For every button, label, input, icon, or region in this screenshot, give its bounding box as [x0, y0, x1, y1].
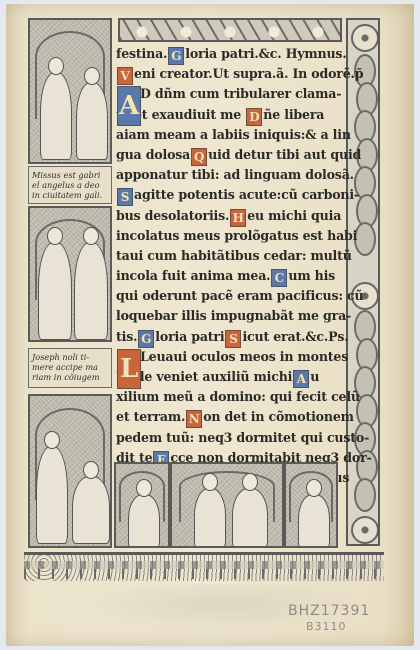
rubricated-initial: S	[117, 188, 133, 206]
top-floral-border	[118, 18, 342, 42]
text-segment: eu michi quia	[247, 208, 341, 223]
figure-angel	[76, 82, 108, 160]
bottom-foliage-frieze	[24, 552, 384, 581]
text-line: apponatur tibi: ad linguam dolosã.	[116, 165, 344, 185]
rubricated-initial: C	[271, 269, 287, 287]
woodcut-bottom-right	[284, 462, 338, 548]
woodcut-bottom-left	[114, 462, 170, 548]
rosette-icon	[351, 516, 379, 544]
text-segment: qui oderunt pacẽ eram pacificus: cũ	[116, 288, 363, 303]
woodcut-joseph-mary	[28, 206, 112, 342]
text-segment: apponatur tibi: ad linguam dolosã.	[116, 167, 354, 182]
text-line: Veni creator.Ut supra.ã. In odorẽ.p̄	[116, 64, 344, 84]
text-segment: loria patri	[155, 329, 224, 344]
text-segment: um his	[288, 268, 335, 283]
text-line: Unde veniet auxiliũ michiAu	[116, 367, 344, 387]
text-segment: aiam meam a labiis iniquis:& a lin	[116, 127, 351, 142]
text-line: pedem tuũ: neq3 dormitet qui custo-	[116, 428, 344, 448]
text-line: ui:et exaudiuit me Dñe libera	[116, 105, 344, 125]
text-segment: taui cum habitãtibus cedar: multũ	[116, 248, 352, 263]
text-segment: incolatus meus prolõgatus est habi	[116, 228, 357, 243]
woodcut-annunciation	[28, 18, 112, 164]
text-segment: gua dolosa	[116, 147, 190, 162]
rubricated-initial: Q	[191, 148, 207, 166]
text-segment: loquebar illis impugnabãt me gra-	[116, 308, 351, 323]
text-line: incolatus meus prolõgatus est habi	[116, 226, 344, 246]
text-segment: Unde veniet auxiliũ michi	[116, 369, 292, 384]
caption-joseph: Joseph noli ti- mere accipe ma riam in c…	[28, 348, 112, 388]
text-line: gua dolosaQuid detur tibi aut quid	[116, 145, 344, 165]
twist-ornament	[354, 478, 376, 512]
text-segment: eni creator.Ut supra.ã. In odorẽ.p̄	[134, 66, 363, 81]
text-segment: Leuaui oculos meos in montes	[140, 349, 348, 364]
text-line: et terram.Non det in cõmotionem	[116, 407, 344, 427]
rubricated-initial: A	[293, 370, 309, 388]
text-line: D dñm cum tribularer clama-	[116, 84, 344, 104]
text-segment: agitte potentis acute:cũ carboni-	[134, 187, 359, 202]
figure-seated	[72, 476, 110, 544]
text-segment: icut erat.&c.Ps.	[242, 329, 348, 344]
shelfmark-stamp-secondary: B3110	[306, 620, 347, 634]
text-segment: ñe libera	[263, 107, 324, 122]
woodcut-visitation	[170, 462, 284, 548]
figure-bottom-left	[128, 494, 160, 548]
text-line: xilium meũ a domino: qui fecit celũ	[116, 387, 344, 407]
rubricated-initial: V	[117, 67, 133, 85]
text-segment: uid detur tibi aut quid	[208, 147, 361, 162]
text-segment: pedem tuũ: neq3 dormitet qui custo-	[116, 430, 369, 445]
shelfmark-stamp: BHZ17391	[288, 604, 370, 618]
text-segment: festina.	[116, 46, 167, 61]
text-segment: bus desolatoriis.	[116, 208, 229, 223]
figure-virgin	[40, 72, 72, 160]
twist-ornament	[354, 222, 376, 256]
rubricated-initial: H	[230, 209, 246, 227]
large-rubricated-initial: A	[117, 86, 141, 126]
text-segment: loria patri.&c. Hymnus.	[185, 46, 346, 61]
text-line: loquebar illis impugnabãt me gra-	[116, 306, 344, 326]
figure-visitation-mary	[194, 488, 226, 548]
figure-mary	[74, 242, 108, 340]
rubricated-initial: S	[225, 330, 241, 348]
text-line: qui oderunt pacẽ eram pacificus: cũ	[116, 286, 344, 306]
rubricated-initial: G	[138, 330, 154, 348]
bottom-triptych	[114, 462, 338, 548]
rubricated-initial: G	[168, 47, 184, 65]
caption-annunciation: Missus est gabri el angelus a deo in ciu…	[28, 166, 112, 204]
text-line: Sagitte potentis acute:cũ carboni-	[116, 185, 344, 205]
figure-standing	[36, 446, 68, 544]
rosette-icon	[351, 24, 379, 52]
text-line: aiam meam a labiis iniquis:& a lin	[116, 125, 344, 145]
rubricated-initial: N	[186, 410, 202, 428]
text-segment: u	[310, 369, 319, 384]
text-segment: on det in cõmotionem	[203, 409, 354, 424]
text-segment: D dñm cum tribularer clama-	[140, 86, 341, 101]
figure-visitation-elizabeth	[232, 488, 268, 548]
text-line: tis.Gloria patriSicut erat.&c.Ps.	[116, 327, 344, 347]
right-twisted-border	[346, 18, 380, 546]
text-line: taui cum habitãtibus cedar: multũ	[116, 246, 344, 266]
text-line: festina.Gloria patri.&c. Hymnus.	[116, 44, 344, 64]
woodcut-nativity	[28, 394, 112, 548]
text-line: Leuaui oculos meos in montes	[116, 347, 344, 367]
text-segment: xilium meũ a domino: qui fecit celũ	[116, 389, 360, 404]
rubricated-initial: D	[246, 108, 262, 126]
text-segment: incola fuit anima mea.	[116, 268, 270, 283]
text-segment: tis.	[116, 329, 137, 344]
figure-joseph	[38, 242, 72, 340]
large-rubricated-initial: L	[117, 349, 141, 389]
figure-bottom-right	[298, 494, 330, 548]
text-segment: et terram.	[116, 409, 185, 424]
latin-text-block: festina.Gloria patri.&c. Hymnus.Veni cre…	[116, 44, 344, 488]
text-line: bus desolatoriis.Heu michi quia	[116, 206, 344, 226]
text-line: incola fuit anima mea.Cum his	[116, 266, 344, 286]
